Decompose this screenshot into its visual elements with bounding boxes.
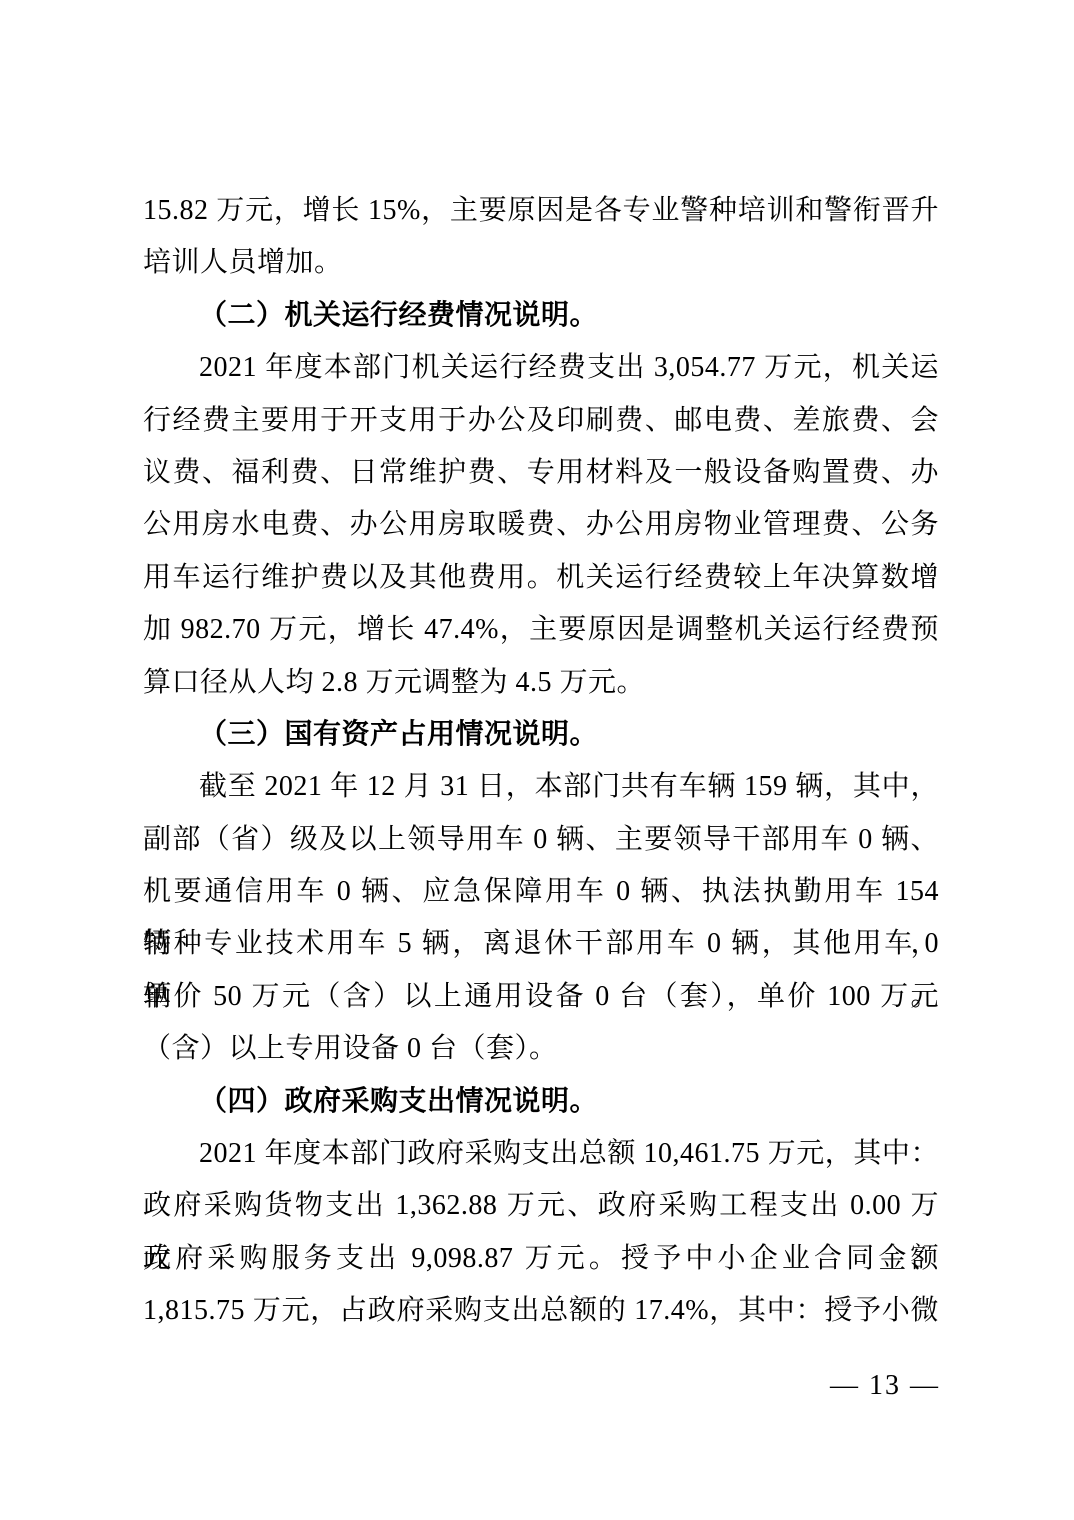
text-line: 行经费主要用于开支用于办公及印刷费、邮电费、差旅费、会 [143, 395, 939, 447]
text-line: 单价 50 万元（含）以上通用设备 0 台（套），单价 100 万元 [143, 971, 939, 1023]
document-body: 15.82 万元，增长 15%，主要原因是各专业警种培训和警衔晋升培训人员增加。… [143, 185, 939, 1338]
text-line: 议费、福利费、日常维护费、专用材料及一般设备购置费、办 [143, 447, 939, 499]
text-line: 15.82 万元，增长 15%，主要原因是各专业警种培训和警衔晋升 [143, 185, 939, 237]
text-line: 政府采购服务支出 9,098.87 万元。授予中小企业合同金额 [143, 1233, 939, 1285]
text-line: 机要通信用车 0 辆、应急保障用车 0 辆、执法执勤用车 154 辆， [143, 866, 939, 918]
text-line: 加 982.70 万元，增长 47.4%，主要原因是调整机关运行经费预 [143, 604, 939, 656]
text-line: （含）以上专用设备 0 台（套）。 [143, 1023, 939, 1075]
text-line: 算口径从人均 2.8 万元调整为 4.5 万元。 [143, 657, 939, 709]
text-line: 截至 2021 年 12 月 31 日，本部门共有车辆 159 辆，其中， [143, 761, 939, 813]
text-line: 2021 年度本部门政府采购支出总额 10,461.75 万元，其中： [143, 1128, 939, 1180]
text-line: 用车运行维护费以及其他费用。机关运行经费较上年决算数增 [143, 552, 939, 604]
section-heading: （四）政府采购支出情况说明。 [143, 1076, 939, 1128]
text-line: 培训人员增加。 [143, 237, 939, 289]
section-heading: （三）国有资产占用情况说明。 [143, 709, 939, 761]
page-footer: — 13 — [830, 1368, 940, 1404]
text-line: 1,815.75 万元，占政府采购支出总额的 17.4%，其中：授予小微 [143, 1285, 939, 1337]
document-page: 15.82 万元，增长 15%，主要原因是各专业警种培训和警衔晋升培训人员增加。… [0, 0, 1074, 1520]
text-line: 特种专业技术用车 5 辆，离退休干部用车 0 辆，其他用车 0 辆。 [143, 918, 939, 970]
section-heading: （二）机关运行经费情况说明。 [143, 290, 939, 342]
page-number: — 13 — [830, 1370, 940, 1401]
text-line: 2021 年度本部门机关运行经费支出 3,054.77 万元，机关运 [143, 342, 939, 394]
text-line: 公用房水电费、办公用房取暖费、办公用房物业管理费、公务 [143, 499, 939, 551]
text-line: 政府采购货物支出 1,362.88 万元、政府采购工程支出 0.00 万元、 [143, 1180, 939, 1232]
text-line: 副部（省）级及以上领导用车 0 辆、主要领导干部用车 0 辆、 [143, 814, 939, 866]
